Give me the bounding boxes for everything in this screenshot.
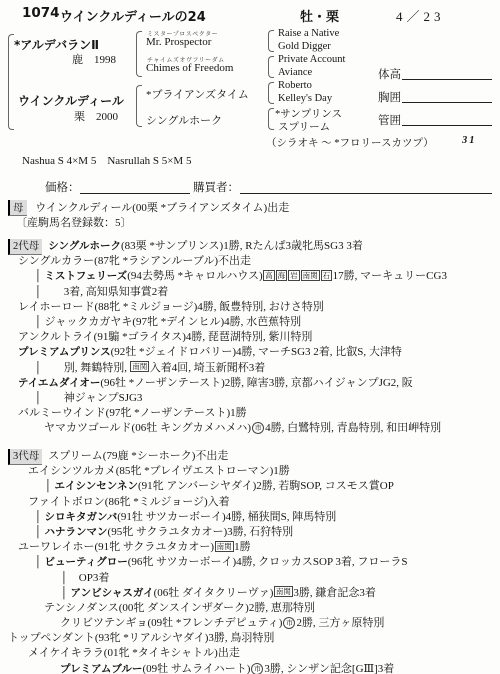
region-badge: 高 — [263, 270, 275, 281]
page-title: ウインクルディールの24 — [60, 6, 206, 25]
pedigree-text: (95牝 サクラユタカオー)3勝, 石狩特別 — [108, 526, 294, 538]
horse-name: ハナランマン — [45, 526, 108, 538]
bracket — [268, 30, 274, 52]
pedigree-text: 2勝, 三方ヶ原特別 — [296, 617, 384, 629]
pedigree-line: ファイトボロン(86牝 *ミルジョージ)入着 — [0, 495, 500, 510]
pedigree-line: ユーワレイホー(91牝 サクラユタカオー)南関1勝 — [0, 540, 500, 555]
pedigree-line: レイホーロード(88牝 *ミルジョージ)4勝, 飯豊特別, おけさ特別 — [0, 300, 500, 315]
buyer-label: 購買者： — [193, 179, 239, 195]
pedigree-line: │ ジャックカガヤキ(97牝 *デインヒル)4勝, 水芭蕉特別 — [0, 315, 500, 330]
horse-name: プレミアムプリンス — [18, 346, 111, 358]
market-badge: 市 — [283, 617, 295, 629]
pedigree-text: ユーワレイホー(91牝 サクラユタカオー) — [18, 541, 214, 553]
region-badge: 石 — [321, 270, 333, 281]
pedigree-text: (91牝 アンバーシヤダイ)2勝, 若駒SOP, コスモス賞OP — [138, 480, 394, 492]
family-number: 31 — [462, 135, 477, 146]
pedigree-text: クリビツテンギョ(09牡 *フレンチデピュティ) — [60, 617, 282, 629]
horse-name: ミストフェリーズ — [45, 270, 128, 282]
g3-name: Roberto — [278, 80, 312, 91]
pedigree-text: │ 別, 舞鶴特別, — [34, 362, 130, 374]
pedigree-line: │ アンビシャスガイ(06牡 ダイタクリーヴァ)南関3勝, 鎌倉記念3着 — [0, 586, 500, 601]
bracket — [136, 85, 142, 127]
region-badge: 海 — [276, 270, 288, 281]
pedigree-text: (06牡 ダイタクリーヴァ) — [154, 587, 274, 599]
pedigree-line: プレミアムブルー(09牡 サムライハート)市3勝, シンザン記念[GⅢ]3着 — [0, 662, 500, 674]
g3-name: スプリーム — [278, 119, 330, 134]
pedigree-line: プレミアムプリンス(92牡 *ジェイドロバリー)4勝, マーチSG3 2着, 比… — [0, 345, 500, 360]
g3-name: Raise a Native — [278, 28, 339, 39]
lot-number: 1074 — [22, 5, 60, 21]
pedigree-text: 4勝, 白鷺特別, 青島特別, 和田岬特別 — [265, 422, 441, 434]
dam-text: ウインクルディール(00栗 *ブライアンズタイム)出走 — [35, 202, 289, 214]
market-badge: 市 — [252, 422, 264, 434]
girth-blank — [402, 101, 492, 103]
second-dam-section: 2代母シングルホーク(83栗 *サンプリンス)1勝, Rたんぱ3歳牝馬SG3 3… — [0, 239, 500, 436]
height-blank — [402, 78, 492, 80]
pedigree-text: メイケイキララ(01牝 *タイキシャトル)出走 — [28, 647, 240, 659]
bracket — [268, 82, 274, 104]
pedigree-text: 17勝, マーキュリーCG3 — [333, 270, 447, 282]
pedigree-text: テンシノダンス(00牝 ダンスインザダーク)2勝, 恵那特別 — [44, 602, 315, 614]
pedigree-line: テイエムダイオー(96牡 *ノーザンテースト)2勝, 障害3勝, 京都ハイジャン… — [0, 376, 500, 391]
catalog-page: 1074 ウインクルディールの24 牡・栗 4／23 *アルデバランⅡ 鹿 19… — [0, 0, 500, 674]
horse-name: テイエムダイオー — [18, 377, 100, 389]
pedigree-text: シングルカラー(87牝 *ラシアンルーブル)不出走 — [18, 255, 251, 267]
pedigree-text: (83栗 *サンプリンス)1勝, Rたんぱ3歳牝馬SG3 3着 — [121, 240, 363, 252]
region-badge: 南関 — [274, 586, 293, 597]
pedigree-text: アンクルトライ(91騸 *ゴライタス)4勝, 琵琶湖特別, 紫川特別 — [18, 331, 312, 343]
bracket — [268, 56, 274, 78]
pedigree-line: アンクルトライ(91騸 *ゴライタス)4勝, 琵琶湖特別, 紫川特別 — [0, 330, 500, 345]
horse-name: シングルホーク — [48, 240, 121, 252]
pedigree-line: │ OP3着 — [0, 571, 500, 586]
g3-name: Aviance — [278, 67, 312, 78]
pedigree-text: │ — [34, 526, 45, 538]
pedigree-text: 3勝, シンザン記念[GⅢ]3着 — [264, 663, 394, 674]
price-label: 価格： — [45, 179, 80, 195]
pedigree-text: │ — [60, 587, 71, 599]
pedigree-text: バルミーウインド(97牝 *ノーザンテースト)1勝 — [18, 407, 247, 419]
price-blank — [80, 192, 190, 194]
horse-name: エイシンセンネン — [55, 480, 138, 492]
pedigree-text: │ OP3着 — [60, 572, 109, 584]
pedigree-text: (96牡 *ノーザンテースト)2勝, 障害3勝, 京都ハイジャンプJG2, 阪 — [100, 377, 412, 389]
third-dam-section: 3代母スプリーム(79鹿 *シーホーク)不出走 エイシンツルカメ(85牝 *ブレ… — [0, 449, 500, 674]
furigana: チャイムズオヴフリーダム — [147, 55, 225, 64]
pedigree-text: (96牝 サツカーボーイ)4勝, クロッカスSOP 3着, フローラS — [128, 556, 408, 568]
dam-sire: *ブライアンズタイム — [146, 86, 249, 102]
generation-tag: 3代母 — [8, 449, 42, 465]
pedigree-text: レイホーロード(88牝 *ミルジョージ)4勝, 飯豊特別, おけさ特別 — [18, 301, 324, 313]
pedigree-text: エイシンツルカメ(85牝 *ブレイヴエストローマン)1勝 — [28, 465, 290, 477]
pedigree-text: ヤマカツゴールド(06牡 キングカメハメハ) — [44, 422, 251, 434]
pedigree-line: テンシノダンス(00牝 ダンスインザダーク)2勝, 恵那特別 — [0, 601, 500, 616]
pedigree-text: │ 神ジャンプSJG3 — [34, 392, 142, 404]
pedigree-text: スプリーム(79鹿 *シーホーク)不出走 — [48, 450, 228, 462]
pedigree-line: トップペンダント(93牝 *リアルシヤダイ)3勝, 鳥羽特別 — [0, 631, 500, 646]
pedigree-line: クリビツテンギョ(09牡 *フレンチデピュティ)市2勝, 三方ヶ原特別 — [0, 616, 500, 631]
pedigree-line: │ ビューティグロー(96牝 サツカーボーイ)4勝, クロッカスSOP 3着, … — [0, 555, 500, 570]
pedigree-text: (91牡 サツカーボーイ)4勝, 桶狭間S, 陣馬特別 — [117, 511, 336, 523]
horse-name: シロキタガンバ — [45, 511, 118, 523]
bracket — [136, 31, 142, 77]
pedigree-line: │ 3着, 高知県知事賞2着 — [0, 285, 500, 300]
section-header: 3代母スプリーム(79鹿 *シーホーク)不出走 — [0, 449, 500, 464]
pedigree-text: 3勝, 鎌倉記念3着 — [293, 587, 376, 599]
buyer-blank — [240, 192, 492, 194]
pedigree-text: 入着4回, 埼玉新聞杯3着 — [150, 362, 266, 374]
pedigree-line: │ シロキタガンバ(91牡 サツカーボーイ)4勝, 桶狭間S, 陣馬特別 — [0, 510, 500, 525]
pedigree-text: 1勝 — [234, 541, 251, 553]
cannon-label: 管囲 — [378, 112, 401, 128]
pedigree-text: トップペンダント(93牝 *リアルシヤダイ)3勝, 鳥羽特別 — [8, 632, 274, 644]
sire-sire: ミスタープロスペクター Mr. Prospector — [146, 36, 211, 48]
pedigree-text: (94去勢馬 *キャロルハウス) — [127, 270, 262, 282]
bracket — [268, 108, 274, 130]
region-badge: 南関 — [130, 361, 149, 372]
sex-coat: 牡・栗 — [300, 6, 339, 25]
inbreeding-note: Nashua S 4×M 5 Nasrullah S 5×M 5 — [22, 152, 191, 168]
pedigree-text: │ 3着, 高知県知事賞2着 — [34, 286, 168, 298]
region-badge: 南関 — [215, 541, 234, 552]
generation-tag: 2代母 — [8, 239, 42, 255]
horse-name: プレミアムブルー — [60, 663, 142, 674]
furigana: ミスタープロスペクター — [147, 29, 218, 38]
pedigree-text: │ ジャックカガヤキ(97牝 *デインヒル)4勝, 水芭蕉特別 — [34, 316, 301, 328]
pedigree-text: ファイトボロン(86牝 *ミルジョージ)入着 — [28, 496, 230, 508]
pedigree-text: (92牡 *ジェイドロバリー)4勝, マーチSG3 2着, 比叡S, 大津特 — [111, 346, 402, 358]
pedigree-line: │ ハナランマン(95牝 サクラユタカオー)3勝, 石狩特別 — [0, 525, 500, 540]
g3-name: Kelley's Day — [278, 93, 332, 104]
page-number: 4／23 — [396, 6, 445, 25]
pedigree-line: バルミーウインド(97牝 *ノーザンテースト)1勝 — [0, 406, 500, 421]
sire-coat-year: 鹿 1998 — [72, 51, 116, 67]
sire-dam: チャイムズオヴフリーダム Chimes of Freedom — [146, 62, 233, 74]
pedigree-line: │ 別, 舞鶴特別, 南関入着4回, 埼玉新聞杯3着 — [0, 361, 500, 376]
horse-name: ビューティグロー — [45, 556, 128, 568]
pedigree-line: │ ミストフェリーズ(94去勢馬 *キャロルハウス)高海岩南関石17勝, マーキ… — [0, 269, 500, 284]
horse-name: アンビシャスガイ — [71, 587, 154, 599]
family-line: （シラオキ ～ *フロリースカツプ） — [266, 135, 434, 150]
dam-dam: シングルホーク — [146, 112, 222, 128]
g3-name: Gold Digger — [278, 41, 331, 52]
pedigree-line: │ 神ジャンプSJG3 — [0, 391, 500, 406]
g3-name: Private Account — [278, 54, 345, 65]
pedigree-text: │ — [34, 511, 45, 523]
section-header: 2代母シングルホーク(83栗 *サンプリンス)1勝, Rたんぱ3歳牝馬SG3 3… — [0, 239, 500, 254]
region-badge: 南関 — [301, 270, 320, 281]
dam-coat-year: 栗 2000 — [74, 108, 118, 124]
pedigree-line: エイシンツルカメ(85牝 *ブレイヴエストローマン)1勝 — [0, 464, 500, 479]
pedigree-line: メイケイキララ(01牝 *タイキシャトル)出走 — [0, 646, 500, 661]
foal-count-note: 〔産駒馬名登録数：5〕 — [16, 214, 132, 230]
pedigree-text: (09牡 サムライハート) — [142, 663, 250, 674]
pedigree-text: │ — [34, 556, 45, 568]
girth-label: 胸囲 — [378, 89, 401, 105]
height-label: 体高 — [378, 66, 401, 82]
dam-name: ウインクルディール — [18, 92, 124, 109]
pedigree-line: シングルカラー(87牝 *ラシアンルーブル)不出走 — [0, 254, 500, 269]
pedigree-text: │ — [34, 270, 45, 282]
market-badge: 市 — [251, 663, 263, 674]
cannon-blank — [402, 124, 492, 126]
pedigree-text: │ — [44, 480, 55, 492]
pedigree-line: │ エイシンセンネン(91牝 アンバーシヤダイ)2勝, 若駒SOP, コスモス賞… — [0, 479, 500, 494]
pedigree-line: ヤマカツゴールド(06牡 キングカメハメハ)市4勝, 白鷺特別, 青島特別, 和… — [0, 421, 500, 436]
region-badge: 岩 — [288, 270, 300, 281]
